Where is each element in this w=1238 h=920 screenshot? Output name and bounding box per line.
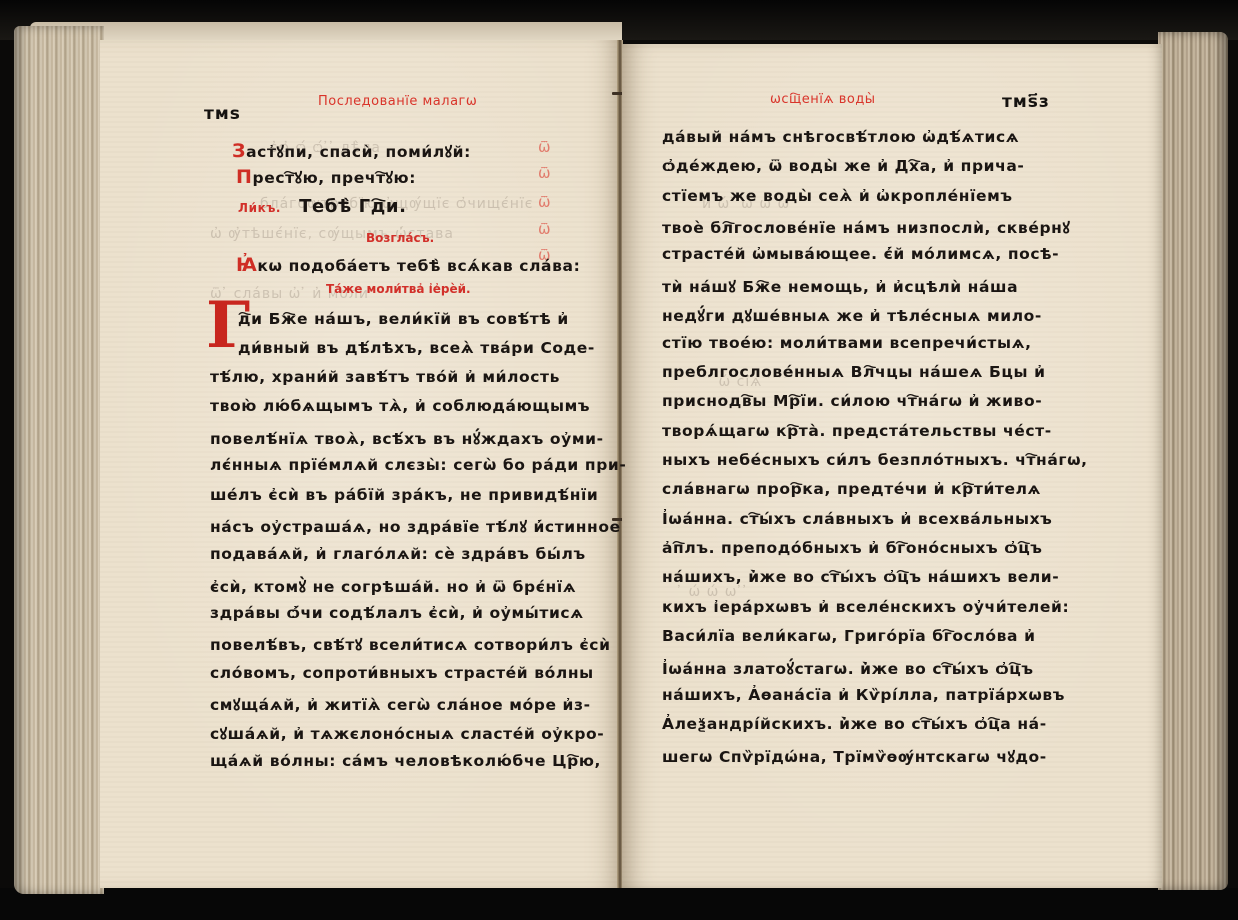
left-folio-number: тмѕ	[204, 104, 241, 124]
response-mark: ѿ	[538, 164, 551, 182]
prayer-line: тѣ́лю, храни́й завѣ́тъ твóй и҆ ми́лость	[210, 368, 560, 386]
text-line: приснодв҇ы Мр҇їи. си́лою чт҇на́гѡ и҆ жив…	[662, 392, 1042, 410]
text-line: сла́внагѡ прор҇ка, предте́чи и҆ кр҇ти́те…	[662, 480, 1041, 498]
response-mark: ѿ	[538, 138, 551, 156]
text-line: кихъ і҆ера́рхѡвъ и҆ вселе́нскихъ оу҆чи́т…	[662, 598, 1069, 616]
prayer-line: твою̀ лю́бѧщымъ тѧ̀, и҆ соблюда́ющымъ	[210, 397, 590, 415]
prayer-line: смꙋща́ѧй, и҆ житїѧ̀ сегѡ̀ сла́ное мо́ре …	[210, 693, 591, 715]
prayer-line: лє́нныѧ прїе́млѧй слєзы̀: сегѡ̀ бо ра́ди…	[210, 456, 626, 474]
prayer-line: ди́вный въ дѣ́лѣхъ, всеѧ̀ тва́ри Соде-	[238, 339, 595, 357]
right-page-block-edge	[1158, 32, 1228, 890]
text-line: на́шихъ, и҆̀же во ст҇ы́хъ ѻ҆ц҇ъ на́шихъ …	[662, 568, 1059, 586]
prayer-line: повелѣ́нїѧ твоѧ̀, всѣ́хъ въ нꙋ́ждахъ оу҆…	[210, 427, 604, 449]
versicle-line: Заст҆ꙋпи, спасѝ, поми́лꙋй:	[232, 140, 471, 162]
rubric-chorus: Ли́къ.	[238, 201, 281, 215]
prayer-line: здра́вы ѻ҆́чи содѣ́лалъ є҆сѝ, и҆ оу҆мы́т…	[210, 604, 584, 622]
prayer-line: ше́лъ є҆сѝ въ ра́бїй зра́къ, не привидѣ́…	[210, 486, 598, 504]
text-line: твоѐ бл҇гослове́нїе на́мъ низпослѝ, скве…	[662, 216, 1070, 238]
versicle-line: Прест҇ꙋю, пречт҇ꙋю:	[236, 166, 416, 188]
red-initial: П	[236, 166, 253, 188]
dark-background-bottom	[0, 888, 1238, 920]
text-line: А҆леѯандрі́йскихъ. и҆̀же во ст҇ы́хъ ѻ҆ц҇…	[662, 715, 1047, 733]
red-initial: З	[232, 140, 246, 162]
text-line: да́вый на́мъ снѣгосвѣ́тлою ѡ҆дѣ́ѧтисѧ	[662, 128, 1019, 146]
text-line: І҆ѡа́нна. ст҇ы́хъ сла́вныхъ и҆ всехва́ль…	[662, 510, 1052, 528]
ekphonesis-line: Ꙗ҆кѡ подоба́етъ тебѣ̀ всѧ́кав сла́ва:	[236, 254, 580, 276]
prayer-line: ща́ѧй во́лны: са́мъ человѣколю́бче Цр҇ю,	[210, 752, 601, 770]
text-line: стїемъ же воды̀ сеѧ̀ и҆ ѡ҆кропле́нїемъ	[662, 187, 1013, 205]
prayer-line: подава́ѧй, и҆ глаго́лѧй: сѐ здра́въ бы́л…	[210, 545, 586, 563]
text-line: І҆ѡа́нна златоꙋ́стагѡ. и҆̀же во ст҇ы́хъ …	[662, 657, 1034, 679]
text-line: а҆п҇лъ. преподо́бныхъ и҆ бг҇оно́сныхъ ѻ҆…	[662, 539, 1043, 557]
versicle-line: Ли́къ. Тебѣ̀ Гд҇и.	[238, 196, 407, 217]
response-mark: ѿ	[538, 193, 551, 211]
left-page-block-edge	[14, 26, 104, 894]
text-line: на́шихъ, А҆ѳана́сїа и҆ Кѷрі́лла, патрїа́…	[662, 686, 1065, 704]
prayer-line: повелѣ́въ, свѣ́тꙋ всели́тисѧ сотвори́лъ …	[210, 633, 611, 655]
text-line: Васи́лїа вели́кагѡ, Григо́рїа бг҇осло́ва…	[662, 627, 1036, 645]
text-line: преблгослове́нныѧ Вл҇чцы на́шеѧ Бцы и҆	[662, 363, 1046, 381]
right-folio-number: тмѕ҃з	[1002, 92, 1050, 112]
prayer-line: на́съ оу҆страша́ѧ, но здра́вїе тѣ́лꙋ и҆́…	[210, 515, 621, 537]
red-initial: Ꙗ҆	[236, 254, 257, 276]
text-line: ныхъ небе́сныхъ си́лъ безпло́тныхъ. чт҇н…	[662, 451, 1088, 469]
text-line: ѻ҆де́ждею, ѿ воды̀ же и҆ Дх҇а, и҆ прича-	[662, 157, 1024, 175]
left-running-head: Последованїе малагѡ	[318, 94, 477, 109]
text-line: шегѡ Спѷрїдѡ́на, Трїмѷѳѹ́нтскагѡ чꙋдо-	[662, 745, 1047, 767]
rubric-prayer: Та́же моли́тва҆ і҆е҆рѐй.	[326, 282, 471, 296]
response-mark: ѿ	[538, 220, 551, 238]
prayer-line: є҆сѝ, ктомꙋ̀ не согрѣша́й. но и҆ ѿ брє́н…	[210, 575, 576, 597]
rubric-ekphonesis: Возгла́съ.	[366, 231, 434, 245]
text-line: тѝ на́шꙋ Бж҇е немощь, и҆ и҆сцѣлѝ на́ша	[662, 275, 1018, 297]
text-line: творѧ́щагѡ кр҇та̀. предста́тельствы че́с…	[662, 422, 1052, 440]
right-running-head: ѡсщ҇енїѧ воды̀	[770, 92, 876, 107]
text-line: страсте́й ѡ҆мыва́ющее. є҆́й мо́лимсѧ, по…	[662, 245, 1059, 263]
text-line: недꙋ́ги дꙋше́вныѧ же и҆ тѣле́сныѧ мило-	[662, 304, 1042, 326]
prayer-line: сло́вомъ, сопроти́вныхъ страсте́й во́лны	[210, 664, 594, 682]
text-line: стїю твое́ю: моли́твами всепречи́стыѧ,	[662, 334, 1032, 352]
prayer-line: сꙋша́ѧй, и҆ тѧжєлоно́сныѧ сласте́й оу҆кр…	[210, 722, 604, 744]
prayer-line: д҇и Бж҇е на́шъ, вели́кїй въ совѣ́тѣ и҆	[238, 310, 569, 328]
